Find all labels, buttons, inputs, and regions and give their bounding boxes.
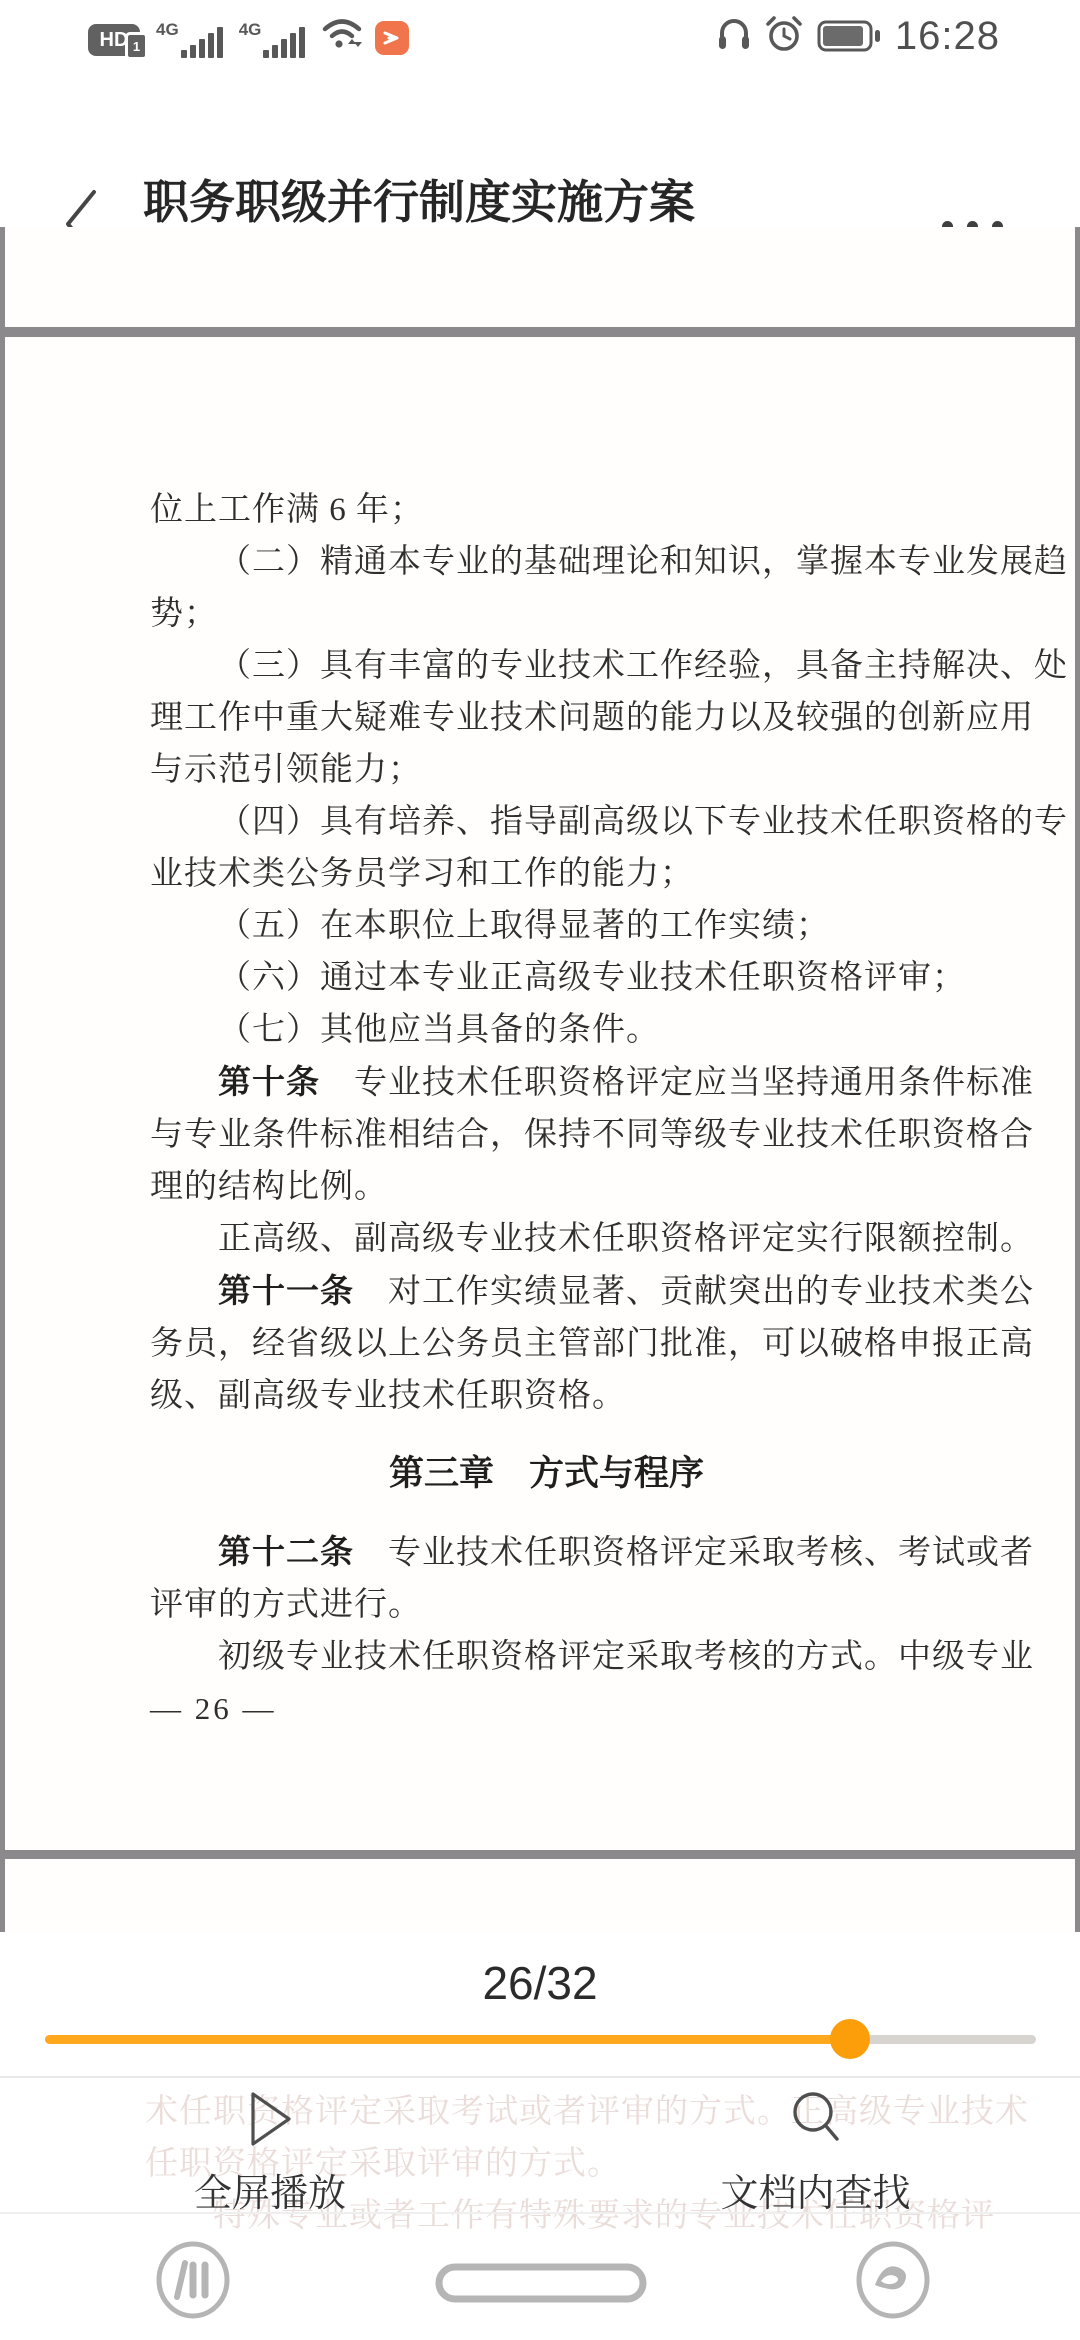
page-25-bottom <box>5 227 1075 327</box>
page-26-text: 位上工作满 6 年；（二）精通本专业的基础理论和知识，掌握本专业发展趋势；（三）… <box>5 484 1075 1735</box>
status-bar: HD 1 4G 4G <box>0 0 1080 66</box>
nav-home-pill[interactable] <box>435 2263 647 2308</box>
signal-bars-icon <box>181 27 223 58</box>
status-left-group: HD 1 4G 4G <box>88 14 409 58</box>
doc-line: （六）通过本专业正高级专业技术任职资格评审； <box>150 952 943 1004</box>
doc-line: （四）具有培养、指导副高级以下专业技术任职资格的专 <box>150 796 943 848</box>
page-number: — 26 — <box>150 1683 943 1735</box>
doc-line: 理的结构比例。 <box>150 1161 943 1213</box>
document-viewport[interactable]: 位上工作满 6 年；（二）精通本专业的基础理论和知识，掌握本专业发展趋势；（三）… <box>0 227 1080 1932</box>
find-in-document-button[interactable]: 文档内查找 <box>698 2088 933 2217</box>
doc-line: 第十条 专业技术任职资格评定应当坚持通用条件标准 <box>150 1056 943 1109</box>
doc-line: （七）其他应当具备的条件。 <box>150 1004 943 1056</box>
alarm-icon <box>765 15 803 58</box>
nav-multitask-icon[interactable] <box>155 2241 231 2324</box>
doc-line: 务员，经省级以上公务员主管部门批准，可以破格申报正高 <box>150 1318 943 1370</box>
doc-line: 位上工作满 6 年； <box>150 484 943 536</box>
sim1-badge: 1 <box>125 32 148 60</box>
app-header: 职务职级并行制度实施方案 QQ浏览器文件服务 <box>0 66 1080 229</box>
page-title: 职务职级并行制度实施方案 <box>143 166 903 232</box>
slider-fill <box>45 2035 850 2044</box>
doc-line: 级、副高级专业技术任职资格。 <box>150 1370 943 1422</box>
play-icon <box>241 2088 299 2150</box>
fullscreen-play-button[interactable]: 全屏播放 <box>160 2088 380 2217</box>
page-slider[interactable] <box>45 2035 1036 2044</box>
signal-bars-icon <box>263 27 305 58</box>
doc-line: 与专业条件标准相结合，保持不同等级专业技术任职资格合 <box>150 1109 943 1161</box>
doc-line: 正高级、副高级专业技术任职资格评定实行限额控制。 <box>150 1213 943 1265</box>
doc-line: 第十二条 专业技术任职资格评定采取考核、考试或者 <box>150 1526 943 1579</box>
signal-group-2: 4G <box>239 27 306 58</box>
status-right-group: 16:28 <box>717 14 1000 58</box>
system-nav-bar <box>0 2232 1080 2340</box>
qq-app-icon <box>375 21 409 55</box>
clock-time: 16:28 <box>895 14 1000 59</box>
headset-icon <box>717 16 751 57</box>
reader-bottom-sheet: 26/32 术任职资格评定采取考试或者评审的方式。正高级专业技术任职资格评定采取… <box>0 1932 1080 2340</box>
search-icon <box>786 2088 846 2150</box>
nav-browser-icon[interactable] <box>855 2241 931 2324</box>
page-indicator: 26/32 <box>0 1956 1080 2010</box>
chapter-heading: 第三章 方式与程序 <box>150 1448 943 1500</box>
signal-group-1: 4G <box>156 27 223 58</box>
doc-line: 评审的方式进行。 <box>150 1579 943 1631</box>
doc-line: （三）具有丰富的专业技术工作经验，具备主持解决、处 <box>150 640 943 692</box>
slider-thumb[interactable] <box>830 2019 870 2059</box>
page-26: 位上工作满 6 年；（二）精通本专业的基础理论和知识，掌握本专业发展趋势；（三）… <box>5 337 1075 1850</box>
doc-line: 初级专业技术任职资格评定采取考核的方式。中级专业 <box>150 1631 943 1683</box>
wifi-icon <box>321 13 365 58</box>
hd-badge: HD 1 <box>88 24 140 56</box>
network-label-1: 4G <box>156 20 179 40</box>
divider <box>0 2076 1080 2078</box>
find-in-document-label: 文档内查找 <box>720 2162 910 2217</box>
battery-icon <box>817 20 881 52</box>
fullscreen-play-label: 全屏播放 <box>194 2162 346 2217</box>
network-label-2: 4G <box>239 20 262 40</box>
doc-line: 势； <box>150 588 943 640</box>
doc-line: 第十一条 对工作实绩显著、贡献突出的专业技术类公 <box>150 1265 943 1318</box>
doc-line: 与示范引领能力； <box>150 744 943 796</box>
page-27-top <box>5 1859 1075 1932</box>
doc-line: 业技术类公务员学习和工作的能力； <box>150 848 943 900</box>
phone-screen: HD 1 4G 4G <box>0 0 1080 2340</box>
doc-line: 理工作中重大疑难专业技术问题的能力以及较强的创新应用 <box>150 692 943 744</box>
doc-line: （五）在本职位上取得显著的工作实绩； <box>150 900 943 952</box>
doc-line: （二）精通本专业的基础理论和知识，掌握本专业发展趋 <box>150 536 943 588</box>
